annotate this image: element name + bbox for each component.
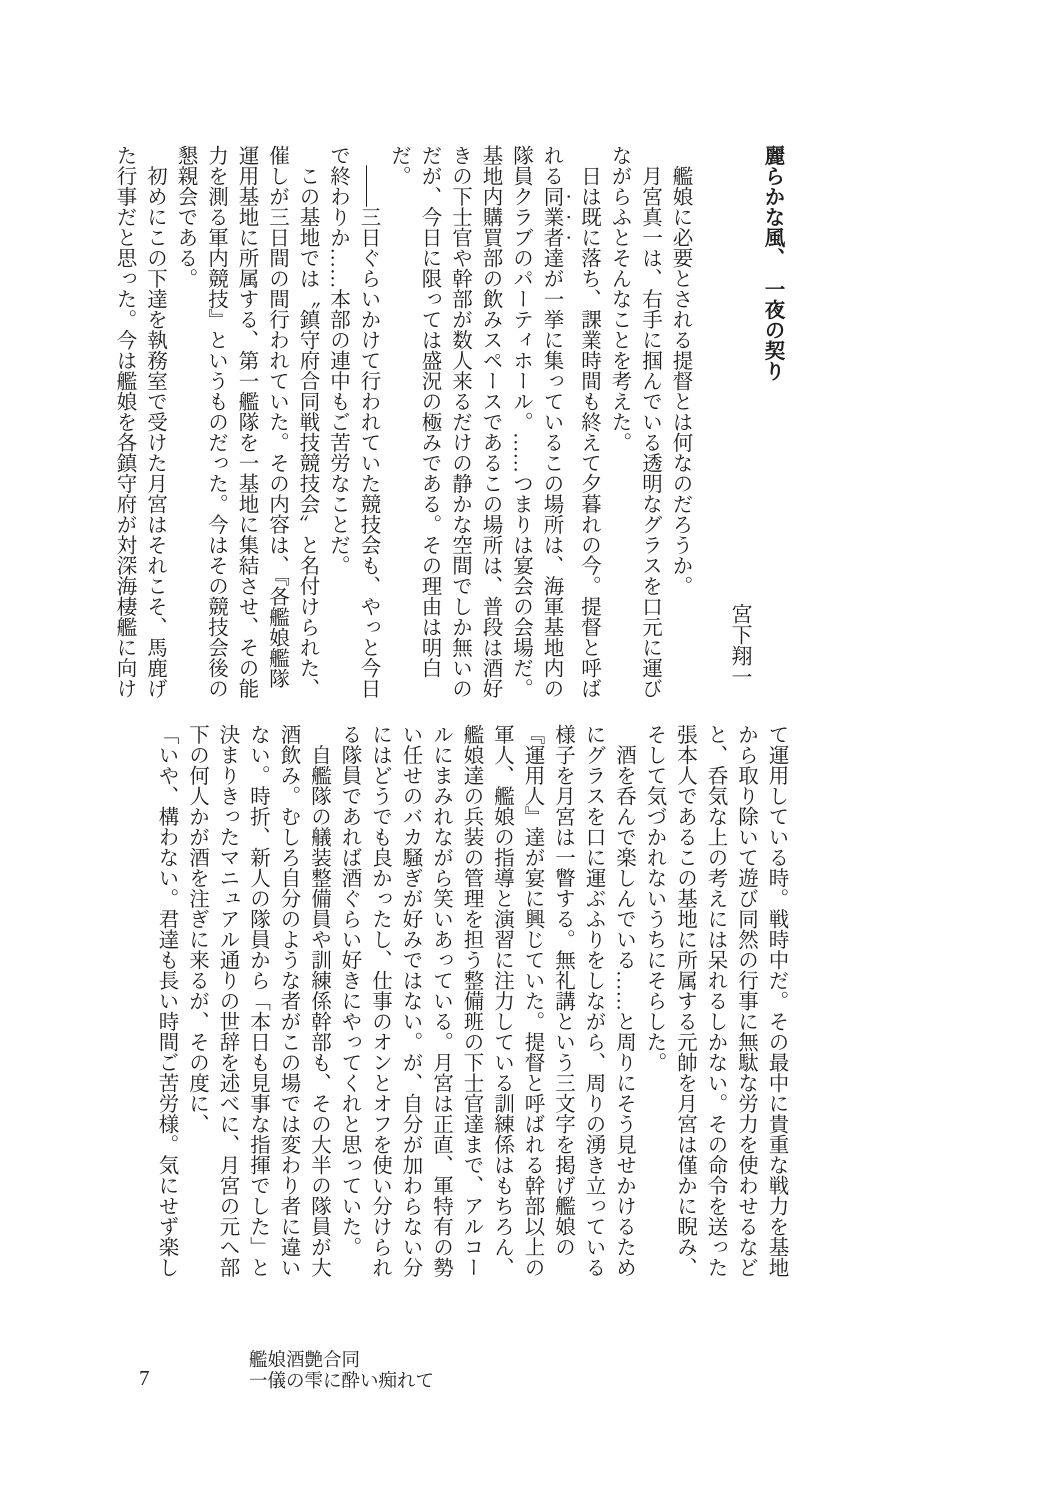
page-number: 7 (139, 1366, 150, 1391)
paragraph: 日は既に落ち、課業時間も終えて夕暮れの今。提督と呼ばれる同業者達が一挙に集ってい… (383, 145, 604, 703)
paragraph: て運用している時。戦時中だ。その最中に貴重な戦力を基地から取り除いて遊び同然の行… (639, 724, 792, 1286)
document-page: 麗らかな風、 一夜の契り 宮下翔一 艦娘に必要とされる提督とは何なのだろうか。 … (0, 0, 1057, 1500)
paragraph: 月宮真一は、右手に掴んでいる透明なグラスを口元に運びながらふとそんなことを考えた… (604, 145, 665, 703)
emphasized-text: 同業者 (540, 186, 562, 248)
paragraph: 自艦隊の艤装整備員や訓練係幹部も、その大半の隊員が大酒飲み。むしろ自分のような者… (181, 724, 334, 1286)
paragraph: ――三日ぐらいかけて行われていた競技会も、やっと今日で終わりか……本部の連中もご… (322, 145, 383, 703)
story-title: 麗らかな風、 一夜の契り (756, 145, 787, 703)
footer-book-subtitle: 一儀の雫に酔い痴れて (249, 1372, 434, 1393)
paragraph: 「いや、構わない。君達も長い時間ご苦労様。気にせず楽し (151, 724, 182, 1286)
paragraph: 初めにこの下達を執務室で受けた月宮はそれこそ、馬鹿げた行事だと思った。今は艦娘を… (109, 145, 170, 703)
paragraph-text: 達が一挙に集っているこの場所は、海軍基地内の隊員クラブのパーティホール。……つま… (388, 145, 563, 699)
top-text-block: 麗らかな風、 一夜の契り 宮下翔一 艦娘に必要とされる提督とは何なのだろうか。 … (137, 145, 787, 703)
footer-book-title: 艦娘酒艶合同 (249, 1351, 434, 1372)
paragraph: この基地では〝鎮守府合同戦技競技会〟と名付けられた、催しが三日間の間行われていた… (170, 145, 323, 703)
bottom-text-block: て運用している時。戦時中だ。その最中に貴重な戦力を基地から取り除いて遊び同然の行… (136, 724, 791, 1286)
paragraph: 艦娘に必要とされる提督とは何なのだろうか。 (665, 145, 696, 703)
footer-colophon: 艦娘酒艶合同 一儀の雫に酔い痴れて (249, 1351, 434, 1393)
story-author: 宮下翔一 (725, 145, 756, 703)
paragraph: 酒を呑んで楽しんでいる……と周りにそう見せかけるためにグラスを口に運ぶふりをしな… (334, 724, 639, 1286)
